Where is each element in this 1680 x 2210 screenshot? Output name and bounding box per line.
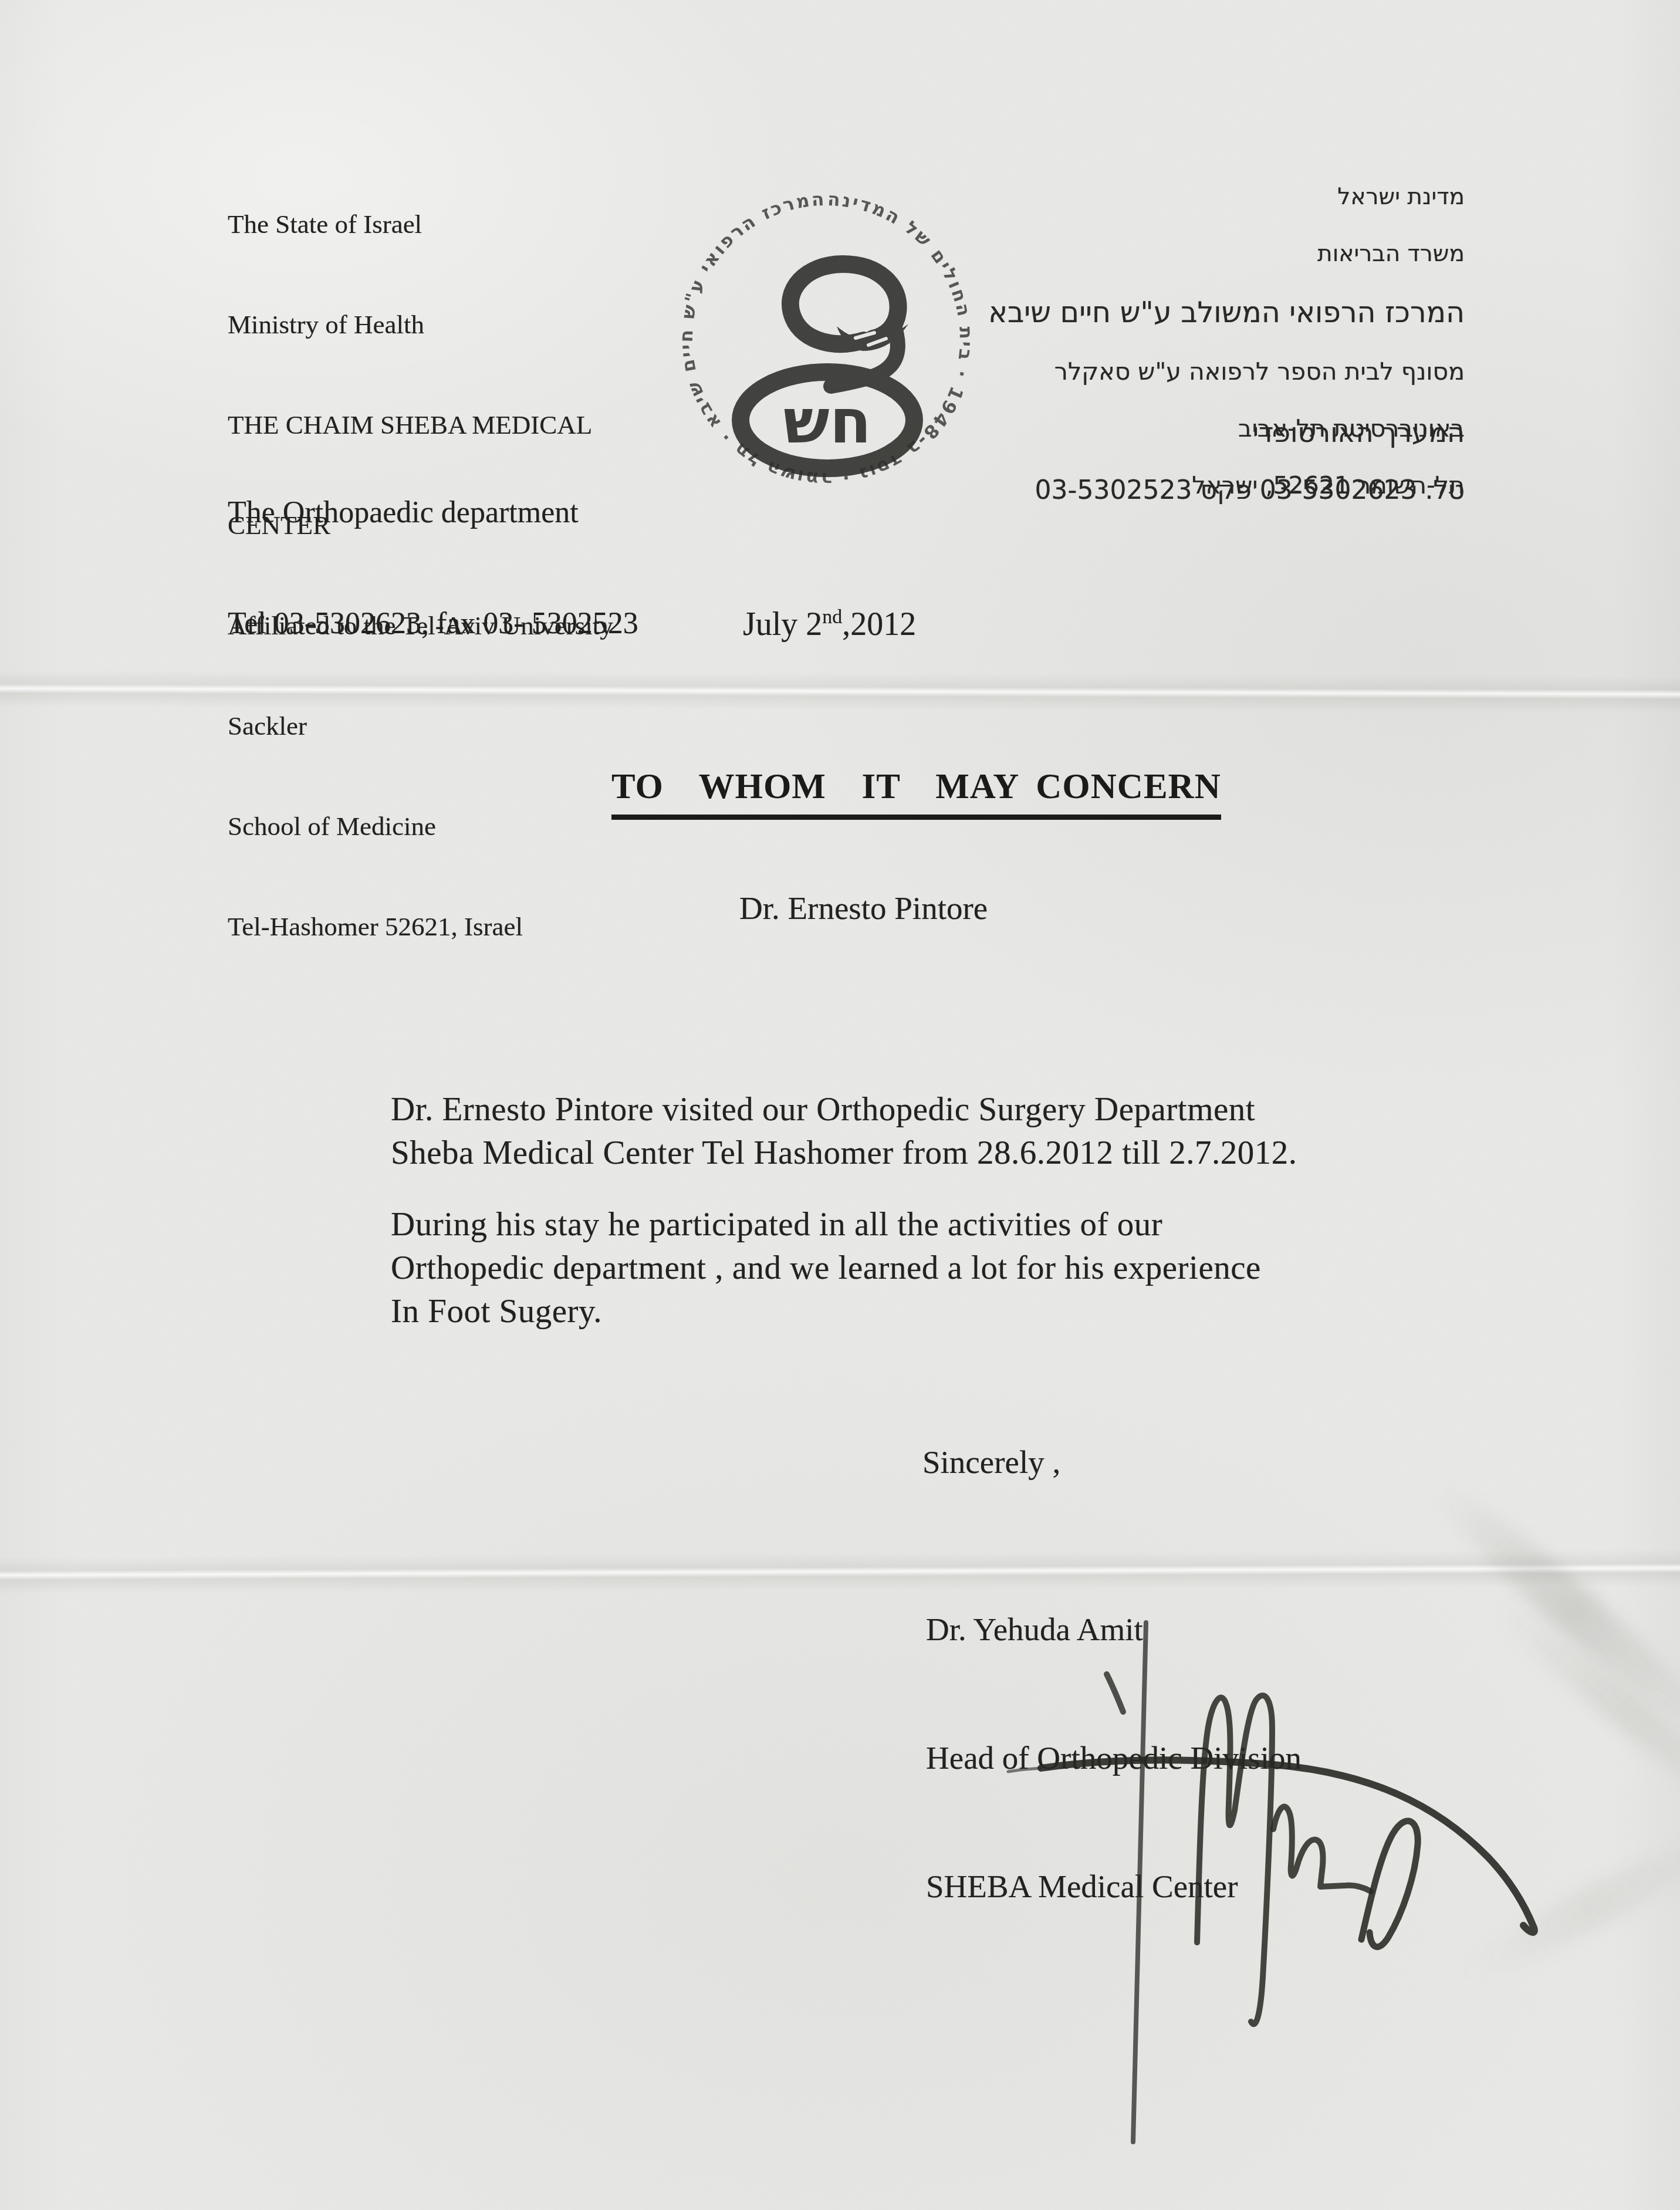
body-paragraph-2: During his stay he participated in all t… xyxy=(391,1203,1261,1333)
hospital-seal: המרכז הרפואי ע"ש חיים שיבא · תל השומר · … xyxy=(662,175,991,503)
letterhead-line: Ministry of Health xyxy=(228,308,613,342)
letterhead-line-hebrew: מסונף לבית הספר לרפואה ע"ש סאקלר xyxy=(968,354,1465,389)
signature-scribble xyxy=(992,1611,1567,2162)
department-name: The Orthopaedic department xyxy=(228,494,638,531)
department-phone-hebrew: טל. 03-5302623 פקס 03-5302523 xyxy=(968,473,1465,508)
department-name-hebrew: המערך האורטופדי xyxy=(968,414,1465,451)
letterhead-line-hebrew: המרכז הרפואי המשולב ע"ש חיים שיבא xyxy=(968,293,1465,332)
department-phone: Tel 03-5302623, fax 03- 5302523 xyxy=(228,605,638,642)
body-paragraph-1: Dr. Ernesto Pintore visited our Orthoped… xyxy=(391,1088,1297,1175)
body-line: Dr. Ernesto Pintore visited our Orthoped… xyxy=(391,1088,1297,1131)
department-right: המערך האורטופדי טל. 03-5302623 פקס 03-53… xyxy=(968,392,1465,530)
body-line: Orthopedic department , and we learned a… xyxy=(391,1246,1261,1290)
body-line: In Foot Sugery. xyxy=(391,1290,1261,1333)
fold-crease-bottom xyxy=(0,1549,1680,1594)
letterhead-line-hebrew: משרד הבריאות xyxy=(968,236,1465,271)
date-ordinal: nd xyxy=(822,606,842,628)
addressee-line: Dr. Ernesto Pintore xyxy=(739,890,988,927)
letterhead-line: The State of Israel xyxy=(228,208,613,241)
date-main: July 2 xyxy=(743,606,822,643)
letterhead-line-hebrew: מדינת ישראל xyxy=(968,180,1465,214)
letter-title: TO WHOM IT MAY CONCERN xyxy=(611,766,1221,820)
body-line: During his stay he participated in all t… xyxy=(391,1203,1261,1246)
scanned-letter-page: The State of Israel Ministry of Health T… xyxy=(0,0,1680,2210)
department-left: The Orthopaedic department Tel 03-530262… xyxy=(228,420,638,716)
letterhead-line: Tel-Hashomer 52621, Israel xyxy=(228,910,613,944)
date-line: July 2nd,2012 xyxy=(743,606,916,643)
closing-line: Sincerely , xyxy=(922,1444,1060,1481)
date-tail: ,2012 xyxy=(842,606,916,643)
seal-monogram: חש xyxy=(783,386,871,457)
body-line: Sheba Medical Center Tel Hashomer from 2… xyxy=(391,1131,1297,1175)
letterhead-line: School of Medicine xyxy=(228,810,613,843)
